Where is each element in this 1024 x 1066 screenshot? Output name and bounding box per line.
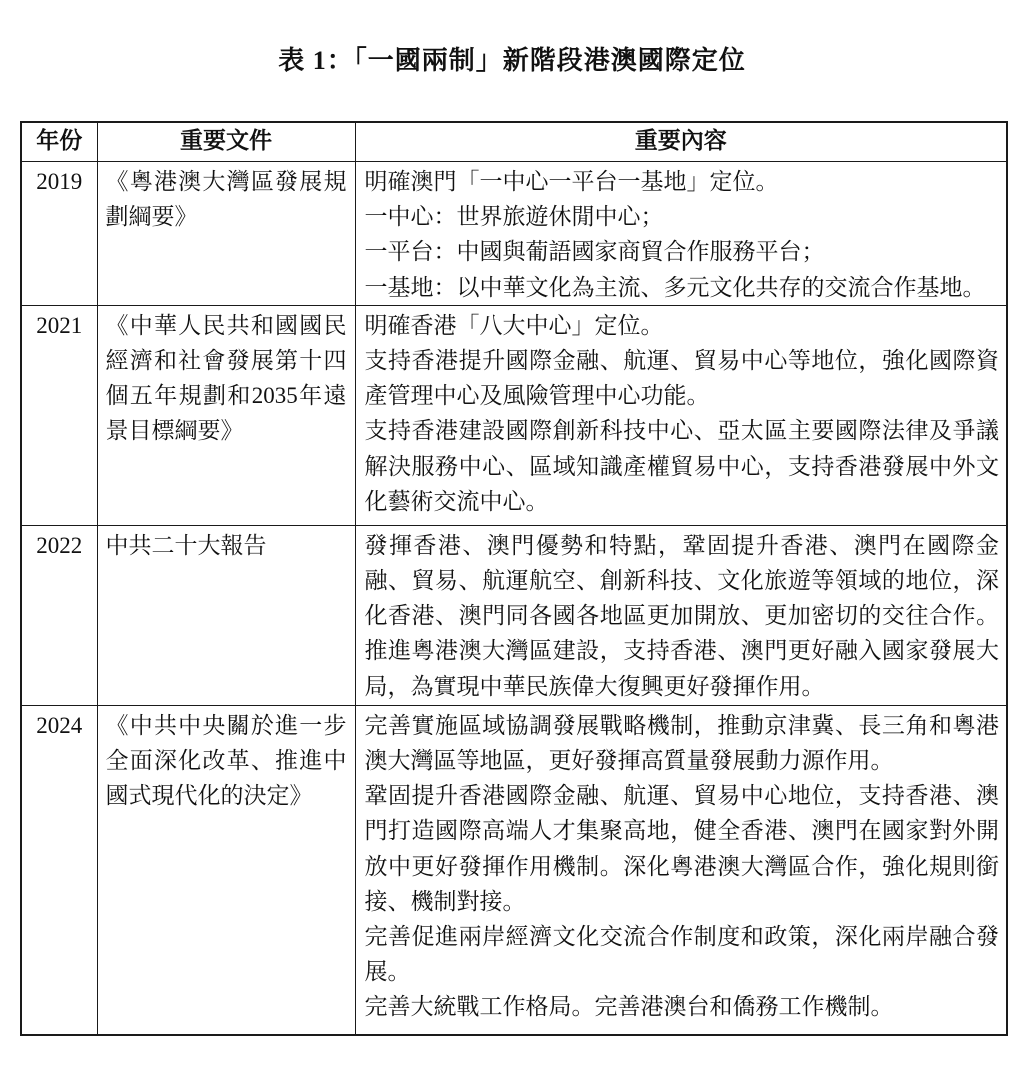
content-paragraph: 一基地：以中華文化為主流、多元文化共存的交流合作基地。 (365, 270, 1000, 305)
table-title: 表 1：「一國兩制」新階段港澳國際定位 (0, 40, 1024, 77)
content-paragraph: 支持香港建設國際創新科技中心、亞太區主要國際法律及爭議解決服務中心、區域知識產權… (365, 413, 1000, 519)
content-paragraph: 完善大統戰工作格局。完善港澳台和僑務工作機制。 (365, 989, 1000, 1024)
year-cell: 2019 (21, 162, 97, 306)
table-row-2024: 2024 《中共中央關於進一步全面深化改革、推進中國式現代化的決定》 完善實施區… (21, 705, 1007, 1035)
content-paragraph: 一中心：世界旅遊休閒中心； (365, 199, 1000, 234)
header-document: 重要文件 (97, 122, 355, 162)
document-cell: 中共二十大報告 (97, 525, 355, 705)
content-cell: 明確香港「八大中心」定位。 支持香港提升國際金融、航運、貿易中心等地位，強化國際… (355, 305, 1007, 525)
header-row: 年份 重要文件 重要內容 (21, 122, 1007, 162)
content-paragraph: 鞏固提升香港國際金融、航運、貿易中心地位，支持香港、澳門打造國際高端人才集聚高地… (365, 778, 1000, 919)
year-cell: 2024 (21, 705, 97, 1035)
content-cell: 完善實施區域協調發展戰略機制，推動京津冀、長三角和粵港澳大灣區等地區，更好發揮高… (355, 705, 1007, 1035)
content-cell: 明確澳門「一中心一平台一基地」定位。 一中心：世界旅遊休閒中心； 一平台：中國與… (355, 162, 1007, 306)
table-row-2021: 2021 《中華人民共和國國民經濟和社會發展第十四個五年規劃和2035年遠景目標… (21, 305, 1007, 525)
table-row-2022: 2022 中共二十大報告 發揮香港、澳門優勢和特點，鞏固提升香港、澳門在國際金融… (21, 525, 1007, 705)
content-cell: 發揮香港、澳門優勢和特點，鞏固提升香港、澳門在國際金融、貿易、航運航空、創新科技… (355, 525, 1007, 705)
content-paragraph: 支持香港提升國際金融、航運、貿易中心等地位，強化國際資產管理中心及風險管理中心功… (365, 343, 1000, 413)
header-year: 年份 (21, 122, 97, 162)
document-cell: 《中華人民共和國國民經濟和社會發展第十四個五年規劃和2035年遠景目標綱要》 (97, 305, 355, 525)
content-paragraph: 發揮香港、澳門優勢和特點，鞏固提升香港、澳門在國際金融、貿易、航運航空、創新科技… (365, 528, 1000, 704)
document-cell: 《中共中央關於進一步全面深化改革、推進中國式現代化的決定》 (97, 705, 355, 1035)
content-paragraph: 明確香港「八大中心」定位。 (365, 308, 1000, 343)
table-row-2019: 2019 《粵港澳大灣區發展規劃綱要》 明確澳門「一中心一平台一基地」定位。 一… (21, 162, 1007, 306)
content-paragraph: 完善實施區域協調發展戰略機制，推動京津冀、長三角和粵港澳大灣區等地區，更好發揮高… (365, 708, 1000, 778)
document-cell: 《粵港澳大灣區發展規劃綱要》 (97, 162, 355, 306)
content-paragraph: 明確澳門「一中心一平台一基地」定位。 (365, 164, 1000, 199)
positioning-table: 年份 重要文件 重要內容 2019 《粵港澳大灣區發展規劃綱要》 明確澳門「一中… (20, 121, 1008, 1036)
header-content: 重要內容 (355, 122, 1007, 162)
year-cell: 2022 (21, 525, 97, 705)
year-cell: 2021 (21, 305, 97, 525)
content-paragraph: 完善促進兩岸經濟文化交流合作制度和政策，深化兩岸融合發展。 (365, 919, 1000, 989)
content-paragraph: 一平台：中國與葡語國家商貿合作服務平台； (365, 234, 1000, 269)
